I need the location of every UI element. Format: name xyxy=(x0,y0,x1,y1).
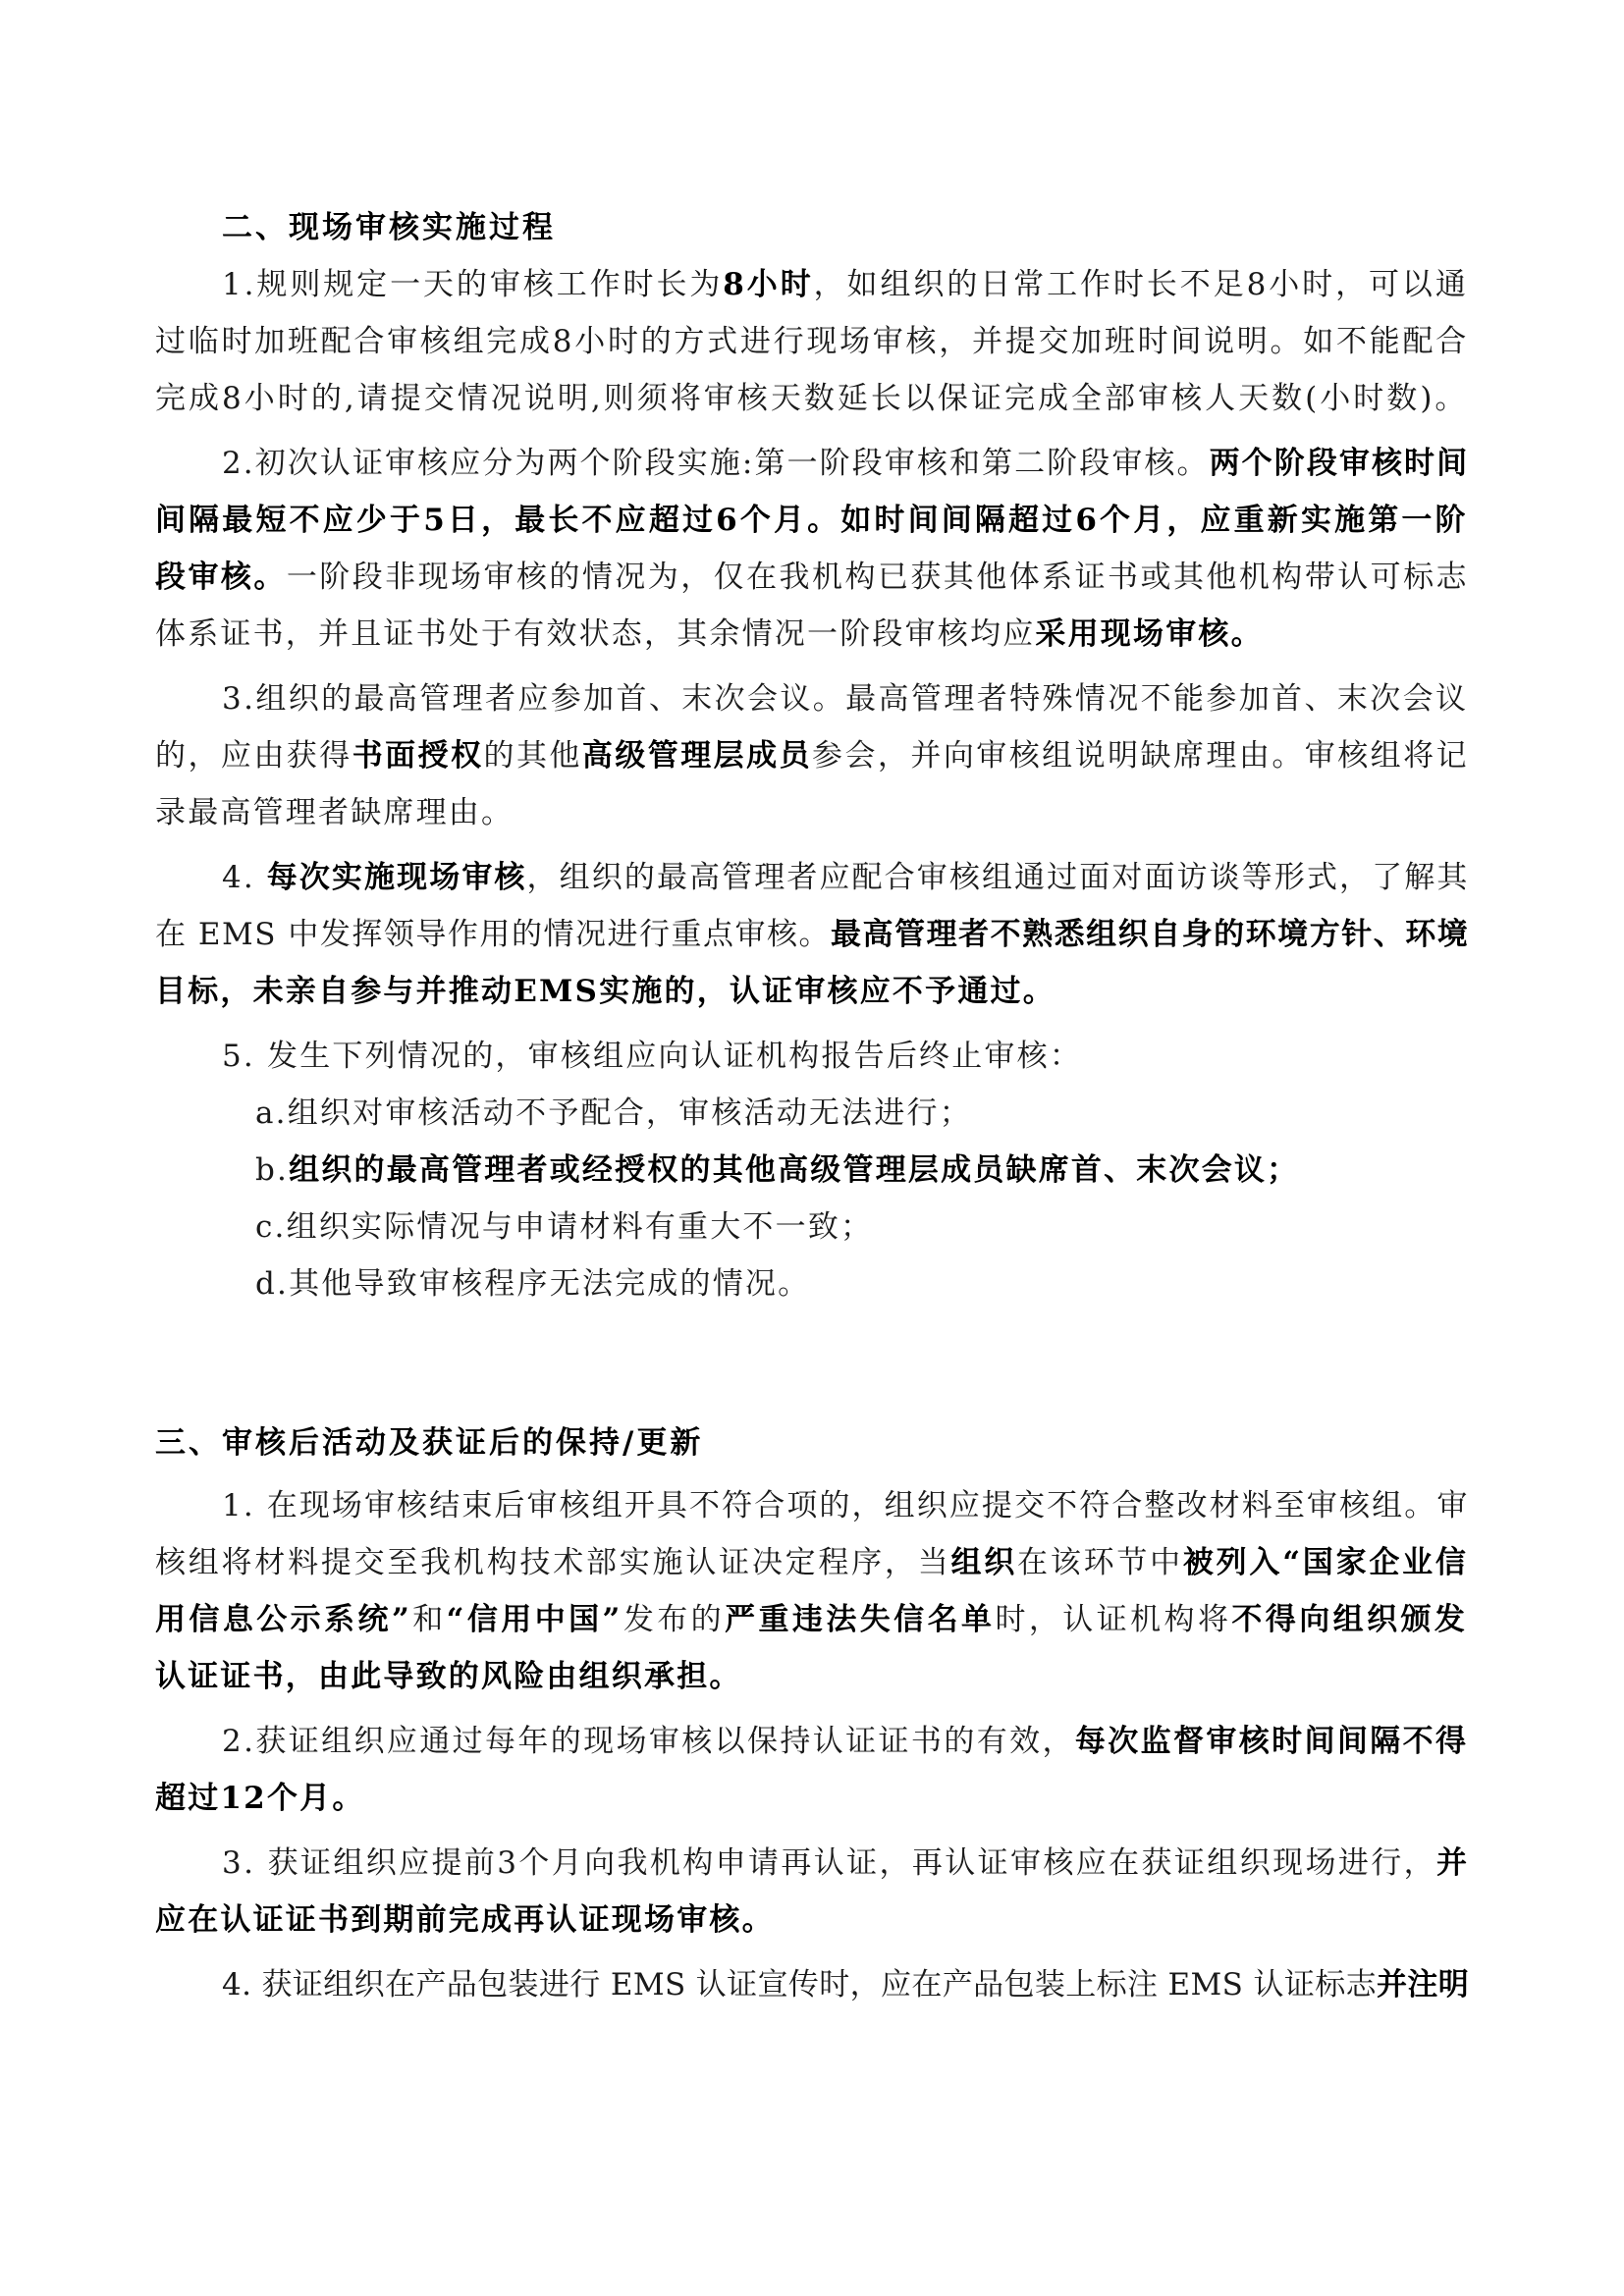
paragraph-line: 录最高管理者缺席理由。 xyxy=(155,791,514,834)
paragraph-line: 过临时加班配合审核组完成8小时的方式进行现场审核，并提交加班时间说明。如不能配合 xyxy=(155,320,1469,363)
bold-text: 目标，未亲自参与并推动EMS实施的，认证审核应不予通过。 xyxy=(155,974,1056,1009)
bold-text: 并注明 xyxy=(1377,1967,1469,2002)
bold-text: 并 xyxy=(1436,1845,1469,1881)
bold-text: 8小时 xyxy=(723,267,813,302)
bold-text: 被列入“国家企业信 xyxy=(1183,1545,1469,1580)
section-heading-post-audit: 三、审核后活动及获证后的保持/更新 xyxy=(155,1421,703,1465)
bold-text: 认证证书，由此导致的风险由组织承担。 xyxy=(155,1659,742,1694)
text: c.组织实际情况与申请材料有重大不一致； xyxy=(255,1209,873,1245)
paragraph-line: 段审核。一阶段非现场审核的情况为，仅在我机构已获其他体系证书或其他机构带认可标志 xyxy=(155,556,1469,599)
text: 3.组织的最高管理者应参加首、末次会议。最高管理者特殊情况不能参加首、末次会议 xyxy=(222,681,1468,717)
text: 时，认证机构将 xyxy=(995,1602,1231,1637)
bold-text: 组织的最高管理者或经授权的其他高级管理层成员缺席首、末次会议； xyxy=(289,1152,1299,1188)
bold-text: 两个阶段审核时间 xyxy=(1210,446,1470,481)
paragraph-line: 认证证书，由此导致的风险由组织承担。 xyxy=(155,1655,742,1698)
text: 过临时加班配合审核组完成8小时的方式进行现场审核，并提交加班时间说明。如不能配合 xyxy=(155,324,1469,359)
text: 发布的 xyxy=(623,1602,725,1637)
text: 4. xyxy=(222,860,267,895)
paragraph-line: 核组将材料提交至我机构技术部实施认证决定程序，当组织在该环节中被列入“国家企业信 xyxy=(155,1541,1469,1584)
paragraph-line: 1. 在现场审核结束后审核组开具不符合项的，组织应提交不符合整改材料至审核组。审 xyxy=(222,1484,1469,1527)
text: 2.获证组织应通过每年的现场审核以保持认证证书的有效， xyxy=(222,1724,1075,1759)
bold-text: 用信息公示系统” xyxy=(155,1602,412,1637)
paragraph-line: 1.规则规定一天的审核工作时长为8小时，如组织的日常工作时长不足8小时，可以通 xyxy=(222,263,1469,306)
text: 参会，并向审核组说明缺席理由。审核组将记 xyxy=(812,738,1469,774)
text: 完成8小时的,请提交情况说明,则须将审核天数延长以保证完成全部审核人天数(小时数… xyxy=(155,381,1468,416)
paragraph-line: 5. 发生下列情况的，审核组应向认证机构报告后终止审核： xyxy=(222,1035,1082,1078)
text: 4. 获证组织在产品包装进行 EMS 认证宣传时，应在产品包装上标注 EMS 认… xyxy=(222,1967,1377,2002)
text: 核组将材料提交至我机构技术部实施认证决定程序，当 xyxy=(155,1545,950,1580)
paragraph-line: 3. 获证组织应提前3个月向我机构申请再认证，再认证审核应在获证组织现场进行，并 xyxy=(222,1842,1469,1885)
paragraph-line: 目标，未亲自参与并推动EMS实施的，认证审核应不予通过。 xyxy=(155,970,1056,1013)
bold-text: 采用现场审核。 xyxy=(1035,616,1263,652)
text: 在 EMS 中发挥领导作用的情况进行重点审核。 xyxy=(155,917,831,952)
text: 体系证书，并且证书处于有效状态，其余情况一阶段审核均应 xyxy=(155,616,1035,652)
text: 录最高管理者缺席理由。 xyxy=(155,795,514,830)
bold-text: 高级管理层成员 xyxy=(582,738,812,774)
list-item: a.组织对审核活动不予配合，审核活动无法进行； xyxy=(255,1092,972,1135)
text: 的，应由获得 xyxy=(155,738,352,774)
text: a.组织对审核活动不予配合，审核活动无法进行； xyxy=(255,1095,972,1131)
bold-text: 每次监督审核时间间隔不得 xyxy=(1075,1724,1469,1759)
paragraph-line: 4. 每次实施现场审核，组织的最高管理者应配合审核组通过面对面访谈等形式，了解其 xyxy=(222,856,1469,899)
paragraph-line: 的，应由获得书面授权的其他高级管理层成员参会，并向审核组说明缺席理由。审核组将记 xyxy=(155,734,1469,777)
bold-text: 不得向组织颁发 xyxy=(1231,1602,1468,1637)
list-item: c.组织实际情况与申请材料有重大不一致； xyxy=(255,1205,873,1249)
text: b. xyxy=(255,1152,289,1188)
text: 一阶段非现场审核的情况为，仅在我机构已获其他体系证书或其他机构带认可标志 xyxy=(287,560,1469,595)
paragraph-line: 3.组织的最高管理者应参加首、末次会议。最高管理者特殊情况不能参加首、末次会议 xyxy=(222,677,1468,721)
section-heading-onsite-audit: 二、现场审核实施过程 xyxy=(222,206,556,249)
paragraph-line: 用信息公示系统”和“信用中国”发布的严重违法失信名单时，认证机构将不得向组织颁发 xyxy=(155,1598,1468,1641)
text: 5. 发生下列情况的，审核组应向认证机构报告后终止审核： xyxy=(222,1039,1082,1074)
text: 1. 在现场审核结束后审核组开具不符合项的，组织应提交不符合整改材料至审核组。审 xyxy=(222,1488,1469,1523)
paragraph-line: 应在认证证书到期前完成再认证现场审核。 xyxy=(155,1898,775,1942)
paragraph-line: 体系证书，并且证书处于有效状态，其余情况一阶段审核均应采用现场审核。 xyxy=(155,613,1264,656)
text: 1.规则规定一天的审核工作时长为 xyxy=(222,267,723,302)
bold-text: 严重违法失信名单 xyxy=(725,1602,995,1637)
paragraph-line: 间隔最短不应少于5日，最长不应超过6个月。如时间间隔超过6个月，应重新实施第一阶 xyxy=(155,499,1469,542)
paragraph-line: 2.初次认证审核应分为两个阶段实施:第一阶段审核和第二阶段审核。两个阶段审核时间 xyxy=(222,442,1469,485)
list-item: d.其他导致审核程序无法完成的情况。 xyxy=(255,1262,810,1306)
text: ，组织的最高管理者应配合审核组通过面对面访谈等形式，了解其 xyxy=(527,860,1470,895)
bold-text: 段审核。 xyxy=(155,560,287,595)
bold-text: 超过12个月。 xyxy=(155,1781,365,1816)
text: 在该环节中 xyxy=(1017,1545,1183,1580)
bold-text: 每次实施现场审核 xyxy=(267,860,527,895)
bold-text: 间隔最短不应少于5日，最长不应超过6个月。如时间间隔超过6个月，应重新实施第一阶 xyxy=(155,503,1469,538)
paragraph-line: 在 EMS 中发挥领导作用的情况进行重点审核。最高管理者不熟悉组织自身的环境方针… xyxy=(155,913,1469,956)
text: 的其他 xyxy=(484,738,582,774)
list-item: b.组织的最高管理者或经授权的其他高级管理层成员缺席首、末次会议； xyxy=(255,1148,1299,1192)
document-page: 二、现场审核实施过程 1.规则规定一天的审核工作时长为8小时，如组织的日常工作时… xyxy=(0,0,1624,2296)
text: 和 xyxy=(412,1602,446,1637)
text: 2.初次认证审核应分为两个阶段实施:第一阶段审核和第二阶段审核。 xyxy=(222,446,1210,481)
bold-text: 应在认证证书到期前完成再认证现场审核。 xyxy=(155,1902,775,1938)
text: d.其他导致审核程序无法完成的情况。 xyxy=(255,1266,810,1302)
paragraph-line: 4. 获证组织在产品包装进行 EMS 认证宣传时，应在产品包装上标注 EMS 认… xyxy=(222,1963,1469,2006)
text: ，如组织的日常工作时长不足8小时，可以通 xyxy=(814,267,1469,302)
paragraph-line: 超过12个月。 xyxy=(155,1777,365,1820)
bold-text: 最高管理者不熟悉组织自身的环境方针、环境 xyxy=(831,917,1469,952)
paragraph-line: 完成8小时的,请提交情况说明,则须将审核天数延长以保证完成全部审核人天数(小时数… xyxy=(155,377,1468,420)
paragraph-line: 2.获证组织应通过每年的现场审核以保持认证证书的有效，每次监督审核时间间隔不得 xyxy=(222,1720,1468,1763)
text: 3. 获证组织应提前3个月向我机构申请再认证，再认证审核应在获证组织现场进行， xyxy=(222,1845,1436,1881)
bold-text: 书面授权 xyxy=(352,738,484,774)
bold-text: “信用中国” xyxy=(447,1602,623,1637)
bold-text: 组织 xyxy=(950,1545,1017,1580)
